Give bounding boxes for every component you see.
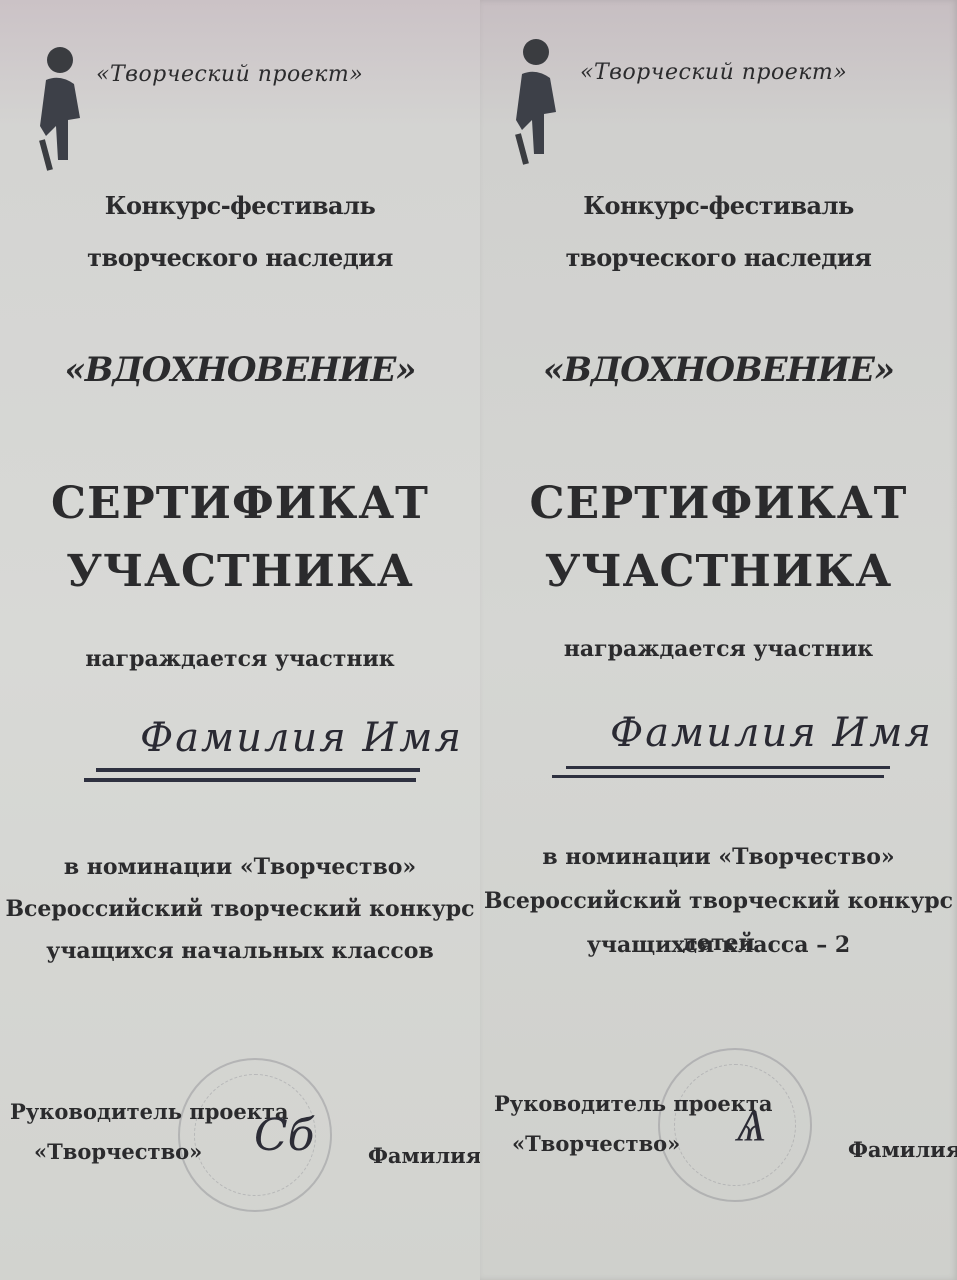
certificate-title-line-1: СЕРТИФИКАТ [0,470,480,538]
signatory-title-line-1: Руководитель проекта [494,1084,773,1124]
name-underline [84,778,416,782]
description-line-1: в номинации «Творчество» [480,836,957,878]
signature-scribble: Ѧ [736,1100,767,1151]
name-underline [566,766,890,769]
organizer-line-1: Конкурс-фестиваль [0,180,480,232]
description-line-2: Всероссийский творческий конкурс [0,888,480,930]
organizer-line-2: творческого наследия [0,232,480,284]
certificate-title-line-2: УЧАСТНИКА [480,538,957,606]
event-name: «ВДОХНОВЕНИЕ» [480,350,957,390]
organization-name: «Творческий проект» [580,60,847,85]
name-underline [96,768,420,772]
name-underline [552,775,884,778]
certificate-title-line-2: УЧАСТНИКА [0,538,480,606]
signatory-title-line-1: Руководитель проекта [10,1092,289,1132]
participant-name-handwritten: Фамилия Имя [610,710,933,756]
organizer-line-1: Конкурс-фестиваль [480,180,957,232]
signatory-title-line-2: «Творчество» [512,1124,680,1164]
event-name: «ВДОХНОВЕНИЕ» [0,350,480,390]
child-figure-logo-icon [504,34,564,174]
organizer-line-2: творческого наследия [480,232,957,284]
signature-scribble: Сб [254,1110,315,1161]
certificate-title-line-1: СЕРТИФИКАТ [480,470,957,538]
description-line-3: учащихся класса – 2 [480,924,957,966]
presented-to-label: награждается участник [480,636,957,662]
participant-name-handwritten: Фамилия Имя [140,715,463,761]
child-figure-logo-icon [28,40,88,180]
description-line-1: в номинации «Творчество» [0,846,480,888]
stamp-seal-icon [658,1048,812,1202]
signatory-title-line-2: «Творчество» [34,1132,202,1172]
signatory-name: Фамилия И.О. [848,1130,957,1170]
presented-to-label: награждается участник [0,646,480,672]
description-line-3: учащихся начальных классов [0,930,480,972]
certificate-left: «Творческий проект» Конкурс-фестиваль тв… [0,0,480,1280]
certificate-right: «Творческий проект» Конкурс-фестиваль тв… [480,0,957,1280]
organization-name: «Творческий проект» [96,62,363,87]
